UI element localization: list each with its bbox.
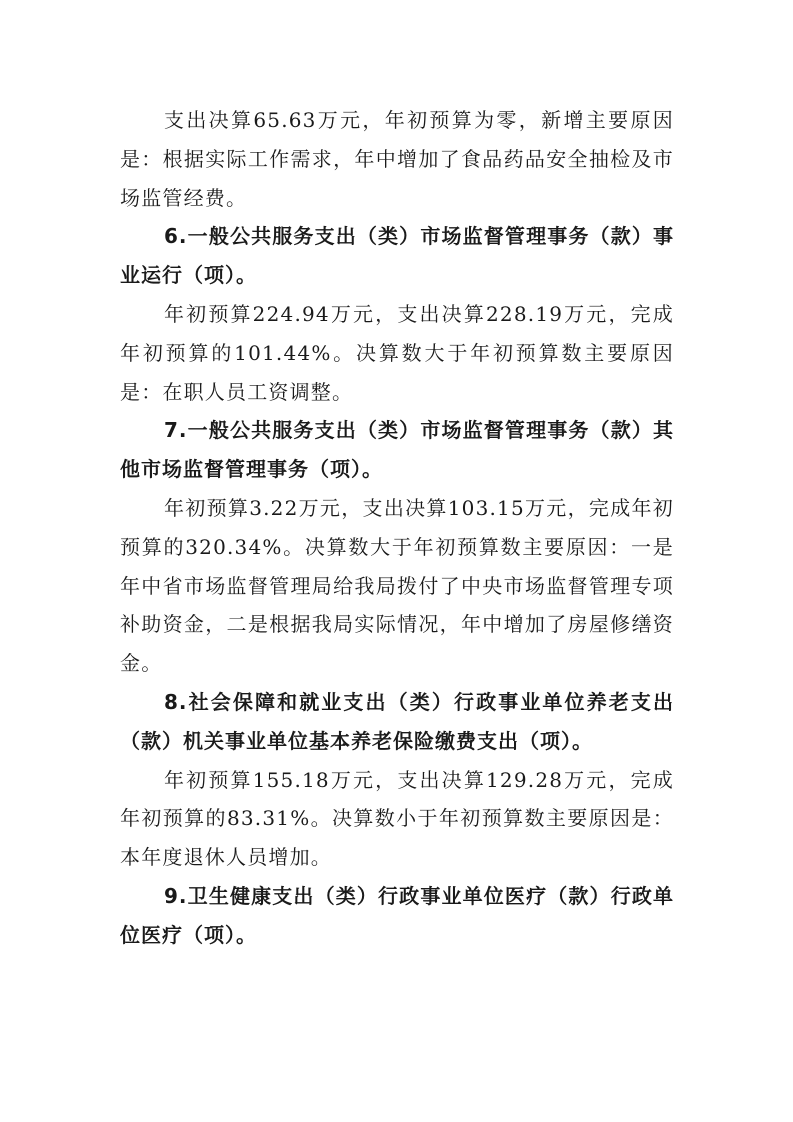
document-page: 支出决算65.63万元，年初预算为零，新增主要原因是：根据实际工作需求，年中增加… [120,101,674,955]
paragraph-item-6: 年初预算224.94万元，支出决算228.19万元，完成年初预算的101.44%… [120,295,674,411]
paragraph-item-8: 年初预算155.18万元，支出决算129.28万元，完成年初预算的83.31%。… [120,761,674,877]
heading-item-8: 8.社会保障和就业支出（类）行政事业单位养老支出（款）机关事业单位基本养老保险缴… [120,683,674,761]
paragraph-food-drug-inspection: 支出决算65.63万元，年初预算为零，新增主要原因是：根据实际工作需求，年中增加… [120,101,674,217]
paragraph-item-7: 年初预算3.22万元，支出决算103.15万元，完成年初预算的320.34%。决… [120,489,674,683]
heading-item-6: 6.一般公共服务支出（类）市场监督管理事务（款）事业运行（项）。 [120,217,674,295]
heading-item-9: 9.卫生健康支出（类）行政事业单位医疗（款）行政单位医疗（项）。 [120,877,674,955]
heading-item-7: 7.一般公共服务支出（类）市场监督管理事务（款）其他市场监督管理事务（项）。 [120,411,674,489]
